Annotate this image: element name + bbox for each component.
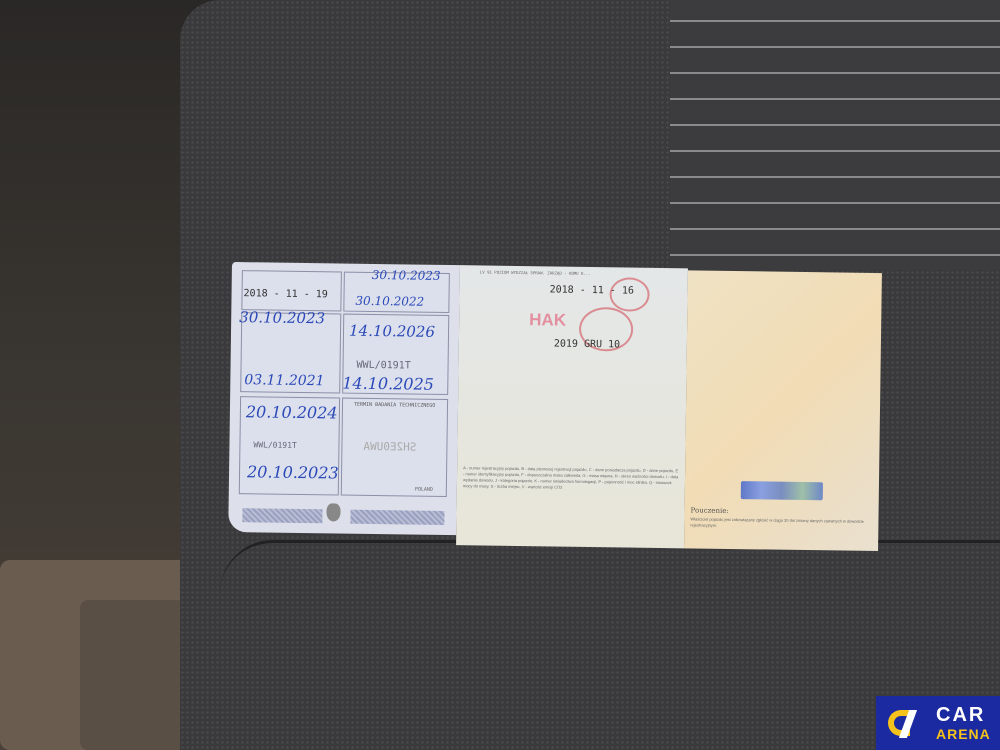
registration-document: 2018 - 11 - 19 30.10.2023 30.10.2022 30.… bbox=[228, 262, 882, 553]
handwritten-date: 14.10.2025 bbox=[342, 374, 434, 394]
section-label: TERMIN BADANIA TECHNICZNEGO bbox=[354, 402, 435, 409]
car-arena-watermark: CAR ARENA bbox=[876, 696, 1000, 750]
handwritten-date: 30.10.2022 bbox=[355, 294, 424, 309]
handwritten-date: 03.11.2021 bbox=[244, 372, 324, 389]
annotation-hak: HAK bbox=[529, 310, 566, 331]
handwritten-date: 30.10.2023 bbox=[372, 268, 441, 283]
handwritten-date: 20.10.2023 bbox=[247, 462, 339, 482]
left-panel: 2018 - 11 - 19 30.10.2023 30.10.2022 30.… bbox=[228, 262, 460, 535]
panel-header: LV 91 POZIOM WYDZIAŁ SPRAW. ZARZĄD - KOM… bbox=[480, 269, 591, 276]
notice-title: Pouczenie: bbox=[691, 506, 729, 515]
station-code: WWL/0191T bbox=[356, 360, 410, 372]
logo-text-car: CAR bbox=[936, 704, 985, 727]
legend-text: A - numer rejestracyjny pojazdu, B - dat… bbox=[463, 465, 679, 492]
middle-panel: LV 91 POZIOM WYDZIAŁ SPRAW. ZARZĄD - KOM… bbox=[456, 265, 688, 548]
eagle-emblem-icon bbox=[326, 503, 340, 521]
security-strip bbox=[242, 508, 322, 523]
handwritten-date: 30.10.2023 bbox=[239, 308, 325, 327]
official-seal bbox=[609, 277, 649, 312]
logo-text-arena: ARENA bbox=[936, 726, 991, 742]
stamp-date: 2019 GRU 10 bbox=[554, 339, 620, 351]
footer-label: POLAND bbox=[415, 487, 433, 493]
security-strip bbox=[350, 510, 444, 525]
handwritten-date: 14.10.2026 bbox=[349, 322, 435, 341]
hologram bbox=[741, 481, 823, 500]
printed-date: 2018 - 11 - 19 bbox=[243, 288, 327, 300]
notice-text: Właściciel pojazdu jest zobowiązany zgło… bbox=[690, 516, 870, 531]
handwritten-date: 20.10.2024 bbox=[246, 402, 338, 422]
right-panel: Pouczenie: Właściciel pojazdu jest zobow… bbox=[684, 270, 882, 551]
mirrored-text: SH2E0UWA bbox=[363, 440, 416, 454]
seat-back-striped bbox=[670, 0, 1000, 270]
station-code: WWL/0191T bbox=[253, 440, 296, 450]
